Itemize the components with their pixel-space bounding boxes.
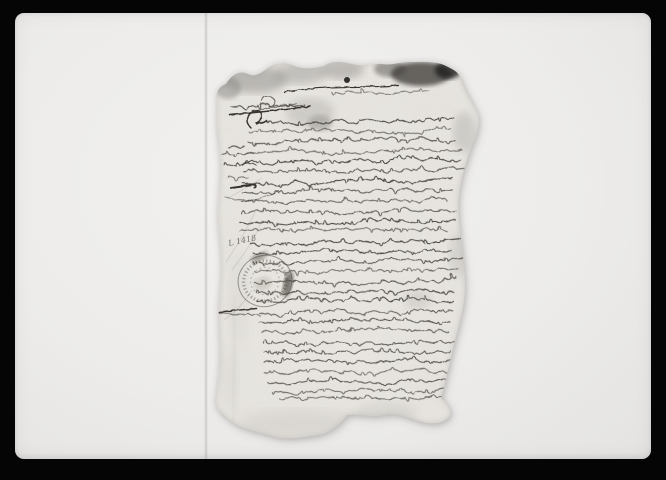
scan-background: L 1418: [0, 0, 666, 480]
ink-hook-mark: [209, 420, 215, 434]
manuscript-page: L 1418: [0, 0, 666, 480]
